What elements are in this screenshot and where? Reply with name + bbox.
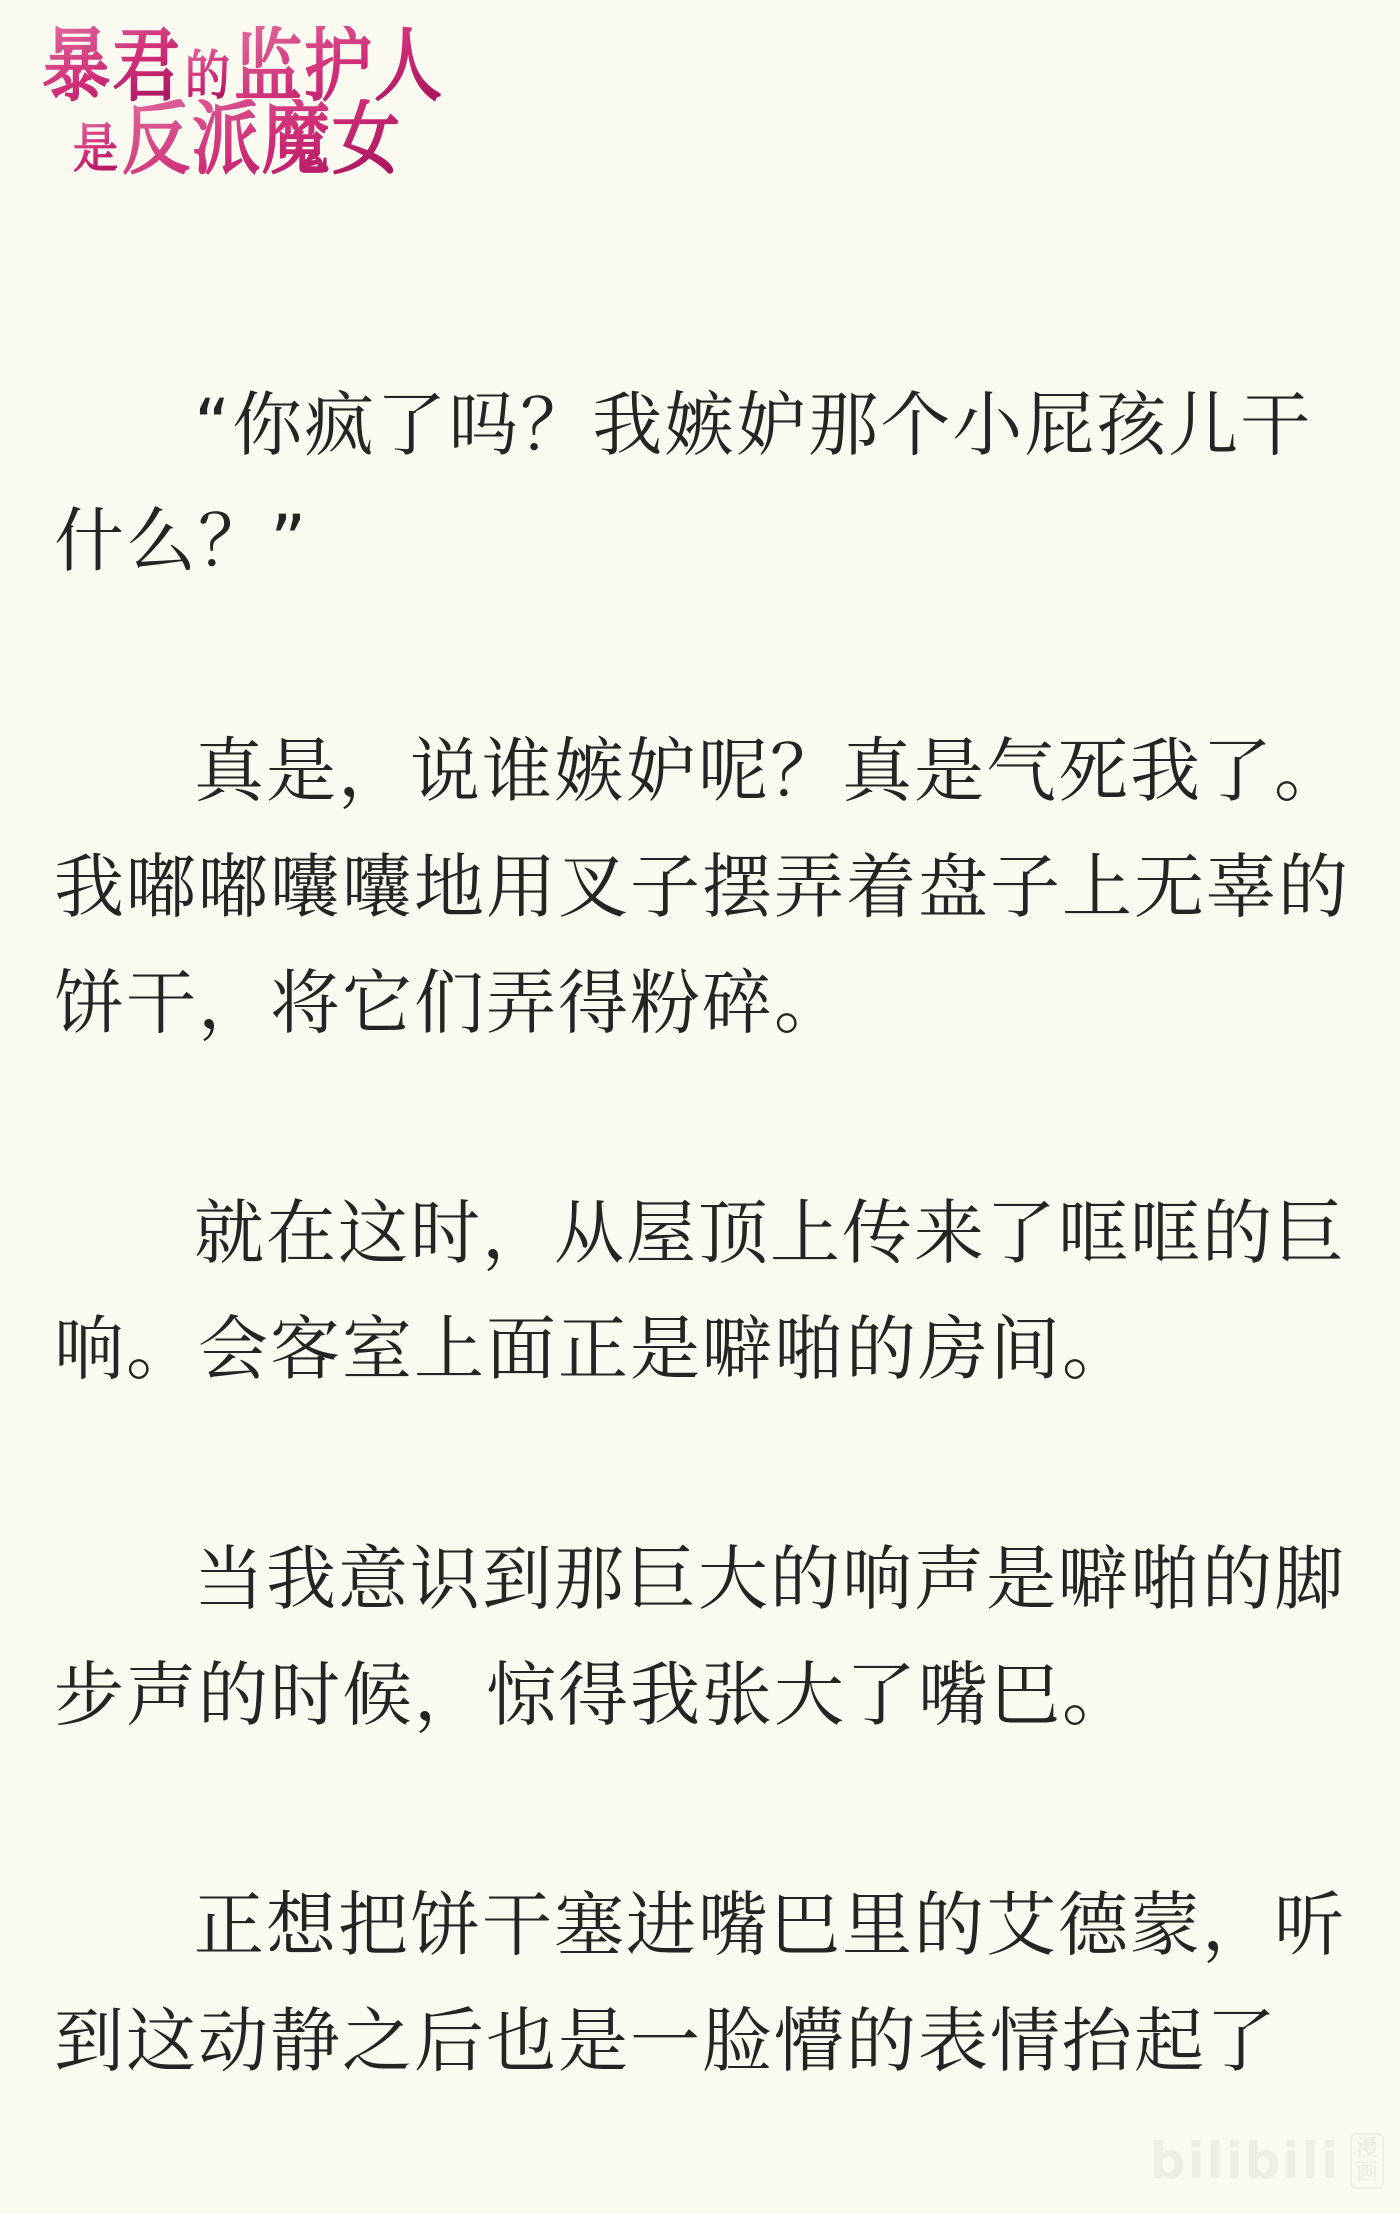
paragraph: 就在这时，从屋顶上传来了哐哐的巨 响。会客室上面正是噼啪的房间。 — [54, 1175, 1350, 1407]
bilibili-logo-text: bilibili — [1150, 2132, 1340, 2190]
manhua-badge: 漫 画 — [1350, 2133, 1384, 2189]
paragraph: 当我意识到那巨大的响声是噼啪的脚 步声的时候，惊得我张大了嘴巴。 — [54, 1521, 1350, 1753]
series-title-text: 反派魔女 — [122, 99, 402, 179]
manhua-badge-char-top: 漫 — [1356, 2137, 1378, 2161]
series-title-line2: 是 反派魔女 — [70, 99, 444, 179]
text-line: 饼干，将它们弄得粉碎。 — [54, 945, 1350, 1061]
text-line: 正想把饼干塞进嘴巴里的艾德蒙，听 — [54, 1867, 1350, 1983]
novel-text-page: “你疯了吗？我嫉妒那个小屁孩儿干 什么？” 真是，说谁嫉妒呢？真是气死我了。 我… — [54, 367, 1350, 2099]
text-line: 真是，说谁嫉妒呢？真是气死我了。 — [54, 713, 1350, 829]
text-line: 步声的时候，惊得我张大了嘴巴。 — [54, 1637, 1350, 1753]
text-line: 当我意识到那巨大的响声是噼啪的脚 — [54, 1521, 1350, 1637]
series-title-logo: 暴君 的 监护人 是 反派魔女 — [42, 26, 444, 179]
paragraph: “你疯了吗？我嫉妒那个小屁孩儿干 什么？” — [54, 367, 1350, 599]
text-line: 到这动静之后也是一脸懵的表情抬起了 — [54, 1983, 1350, 2099]
text-line: 我嘟嘟囔囔地用叉子摆弄着盘子上无辜的 — [54, 829, 1350, 945]
paragraph: 正想把饼干塞进嘴巴里的艾德蒙，听 到这动静之后也是一脸懵的表情抬起了 — [54, 1867, 1350, 2099]
bilibili-watermark: bilibili 漫 画 — [1150, 2132, 1384, 2190]
paragraph: 真是，说谁嫉妒呢？真是气死我了。 我嘟嘟囔囔地用叉子摆弄着盘子上无辜的 饼干，将… — [54, 713, 1350, 1061]
series-title-text: 是 — [70, 122, 122, 175]
text-line: 响。会客室上面正是噼啪的房间。 — [54, 1291, 1350, 1407]
manhua-badge-char-bottom: 画 — [1356, 2161, 1378, 2185]
text-line: 就在这时，从屋顶上传来了哐哐的巨 — [54, 1175, 1350, 1291]
text-line: 什么？” — [54, 483, 1350, 599]
text-line: “你疯了吗？我嫉妒那个小屁孩儿干 — [54, 367, 1350, 483]
